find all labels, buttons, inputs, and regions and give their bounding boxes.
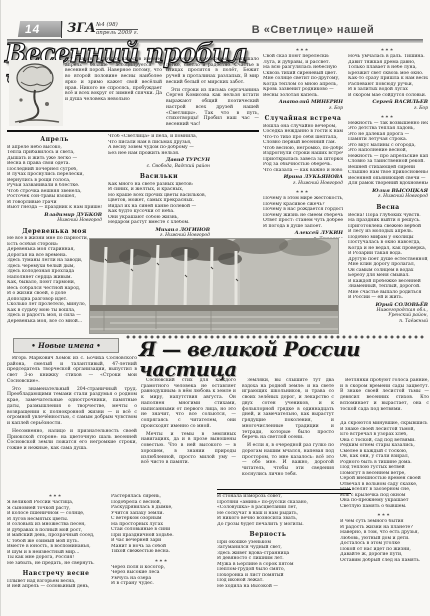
prose-paragraph: И если я, в очередной раз гулко по дорог… [242,443,334,477]
spring-birch-alley-photo [89,238,339,334]
poem-line: Без неё нам прожить нельзя. [108,151,210,157]
poem-line: В ней апрель — соловьиный день, [7,584,105,588]
poem-column-left-2: Чтоб «Светлица» и пела, и помнила,Что пи… [108,134,210,237]
poem-line: И погода в душе запоёт. [263,224,343,230]
newspaper-page: 14 ЗГА №4 (98) апрель 2009 г. В «Светлиц… [0,0,430,616]
poem-line: На праздник выйти я решусь. [348,218,428,224]
prose-paragraph: Это знаменательный 204-страничный труд. … [7,387,137,427]
poem-line: Не забыть, не предать, не свернуть. [7,561,105,567]
poem-author-place: п. Таёжный [348,319,428,324]
poem-block: ***Нежность — так возвышенно нежна,Это д… [348,115,428,200]
poem-line: Чтоб «Светлица» и пела, и помнила, [108,134,210,140]
lead-intro-column-2: радуется пробужденью. Надышало легко, св… [166,57,259,131]
prose-paragraph: Земляки, вы слышите тут два вздоха на ро… [242,378,334,441]
poem-block: АпрельВ апреле небо высоко,Тепла прибави… [7,136,102,224]
poem-line: Ночь умчалась в даль. Тишина. [348,54,428,60]
newspaper-logo: ЗГА [67,21,96,36]
poem-line: На всю разгулялась небесную [263,65,343,71]
feature-headline: Я — великой России частица [139,339,422,379]
poem-line: Словно первый весенний гам. [263,140,343,146]
poem-block: Чтоб «Светлица» и пела, и помнила,Что пи… [108,134,210,169]
poem-block: ***В чём суть земного бытияИ радость жиз… [340,513,429,563]
prose-paragraph: Несомненно, налицо и признательность сво… [7,429,137,452]
poem-block: ***Свой сказ поют перелески:Луга, и дубр… [263,48,343,111]
poem-column-top-2: ***Ночь умчалась в даль. Тишина.Давит тя… [348,48,428,332]
poem-line: Деревенька моя, всё со мной... [7,319,102,325]
poem-line: Недаром растут вместе с хлебом. [108,220,210,226]
poem-block: Деревенька мояНе всё в жизни мне по парн… [7,228,102,325]
poem-line: Знамённый, тёплый, дорогой. [348,284,428,290]
page-number: 14 [18,21,63,37]
poem-line: Серой внешностью времён своей [340,476,429,482]
poem-line: Оставим добрый след на память. [340,558,429,564]
poem-line: Тихой свежестью весна. [111,549,213,555]
feature-column-1: Сосновский стих для каждого грамотного ч… [141,378,236,487]
poem-author-place: г. Нижний Новгород [108,233,210,237]
poem-line: Почему в этом мире жестокость, [263,196,343,202]
prose-paragraph: Игорь Маркович Хомок из с. Бочиха Соснов… [7,356,137,385]
poem-line: Да скроются минувшие, скрывшись [340,421,429,427]
poem-line: В майский день, прозрачный сосед, [7,533,105,539]
poem-block: ***Ночь умчалась в даль. Тишина.Давит тя… [348,48,428,111]
poem-author-place: г. Нижний Новгород [348,194,428,199]
poem-author-place: с. Свобода, Вадский район [108,164,210,169]
poem-line: Мне солнце светит по-другому, [263,76,343,82]
poem-title: Деревенька моя [7,228,102,236]
poem-column-bottom-3: И стонала изморозь совет,Протяни «аминь»… [217,494,319,588]
poem-line: Постучалась в окно навсегда, [348,240,428,246]
poem-column-top-1: ***Свой сказ поют перелески:Луга, и дубр… [263,48,343,238]
poem-line: Только плавает в небе луна, [348,65,428,71]
poem-column-bottom-1: ***Я великой России частица,Я сыновней т… [7,494,105,588]
poem-line: Вместе в юность, в воспоминанья, [7,544,105,550]
poem-line: Как-то сразу пришла к нам весна, [348,76,428,82]
poem-block: ***Через поля и косогор,Через высокие ле… [111,559,213,587]
poem-column-left-1: АпрельВ апреле небо высоко,Тепла прибави… [7,134,102,332]
poem-column-right-tail: Да скроются минувшие, скрывшисьВ знаке с… [340,421,429,589]
poem-title: Васильки [108,173,210,181]
poem-block: И стонала изморозь совет,Протяни «аминь»… [217,494,319,527]
poem-line: Соседка нежданно в гости к нам, [263,129,343,135]
poem-line: Для рамок творений вдохновенье. [348,181,428,187]
poem-line: Светлую память о бывшем. [340,504,429,510]
poem-line: До грозы будет печалить у могилы. [217,522,319,528]
poem-line: И в страну чудес. [111,581,213,587]
poem-line: Наверно, в том, что есть друзья, [340,530,429,536]
poem-block: ВасилькиКак много на свете разных цветов… [108,173,210,237]
section-title: В «Светлице» нашей [213,24,413,36]
poem-title: Навстречу весне [7,570,105,578]
poem-block: Случайная встречаВошла она случайно вече… [263,115,343,186]
prose-paragraph: У славян, и других народов именно апрель… [65,57,162,103]
poem-block: ВерностьПри окошке узенькомЗатуманился ч… [217,531,319,588]
issue-date: апрель 2009 г. [96,30,138,37]
poem-block: ***Я великой России частица,Я сыновней т… [7,494,105,566]
poem-block: Да скроются минувшие, скрывшисьВ знаке с… [340,421,429,509]
spring-sketch-illustration [9,60,63,126]
poem-line: Вьют гнёзда — праздник к нам пришёл. [7,205,102,211]
feature-column-2: Земляки, вы слышите тут два вздоха на ро… [242,378,334,487]
feature-column-3: Ветлянки пробуют голоса ранние, и в скор… [340,378,429,419]
poem-title: Верность [217,531,319,539]
poem-author-place: г. Бор [263,106,343,111]
prose-paragraph: Ветлянки пробуют голоса ранние, и в скор… [340,378,429,412]
header-divider [61,21,62,38]
prose-paragraph: Сосновский стих для каждого грамотного ч… [141,378,236,430]
poem-column-bottom-2: Растерялась сирень,Подобрела с весной,Ра… [111,494,213,588]
poem-title: Случайная встреча [263,115,343,123]
poem-line: Кровь зазвенит родниково — [263,87,343,93]
issue-number: №4 (98) [96,22,138,30]
feature-left-column: Игорь Маркович Хомок из с. Бочиха Соснов… [7,356,137,487]
new-names-tag: • Новые имена • [13,338,119,353]
poem-block: ***Почему в этом мире жестокость,Почему … [263,190,343,238]
poem-line: Что сказала — как важно и ново. [263,168,343,174]
poem-title: Весна [348,204,428,212]
lead-intro-column-1: У славян, и других народов именно апрель… [65,57,162,131]
prose-paragraph: радуется пробужденью. Надышало легко, св… [166,57,259,86]
poem-line: Ответ прост: станем чуть добрее — [263,218,343,224]
poem-line: В России — ей и жить. [348,295,428,301]
poem-line: Род за обычностью оберечь. [263,162,343,168]
poem-block: Навстречу веснеПлывёт над взгорьем весна… [7,570,105,588]
poem-line: Почему в нас рождается гордость, [263,207,343,213]
poem-line: Весны золотая капель. [263,93,343,99]
poem-author-place: г. Бор [348,106,428,111]
lead-bottom-rule [7,130,259,132]
poem-author-place: г. Нижний Новгород [263,181,343,186]
issue-info: №4 (98) апрель 2009 г. [96,22,138,37]
poem-line: Не ходила на Высокой — [217,584,319,588]
poem-line: Вздрогнули строки наших встреч, [263,151,343,157]
poem-block: ВеснаВесна! Пора глубоких чувств.На праз… [348,204,428,324]
prose-paragraph: Эти строки из письма сергачанина Сергея … [166,88,259,128]
poem-author-place: Нижний Новгород [7,218,102,223]
poem-title: Апрель [7,136,102,144]
poem-block: Растерялась сирень,Подобрела с весной,Ра… [111,494,213,555]
prose-paragraph: Мечты и темы в земляных навигациях, да и… [141,432,236,466]
poem-line: В скором мае сойдутся соловьи. [348,93,428,99]
